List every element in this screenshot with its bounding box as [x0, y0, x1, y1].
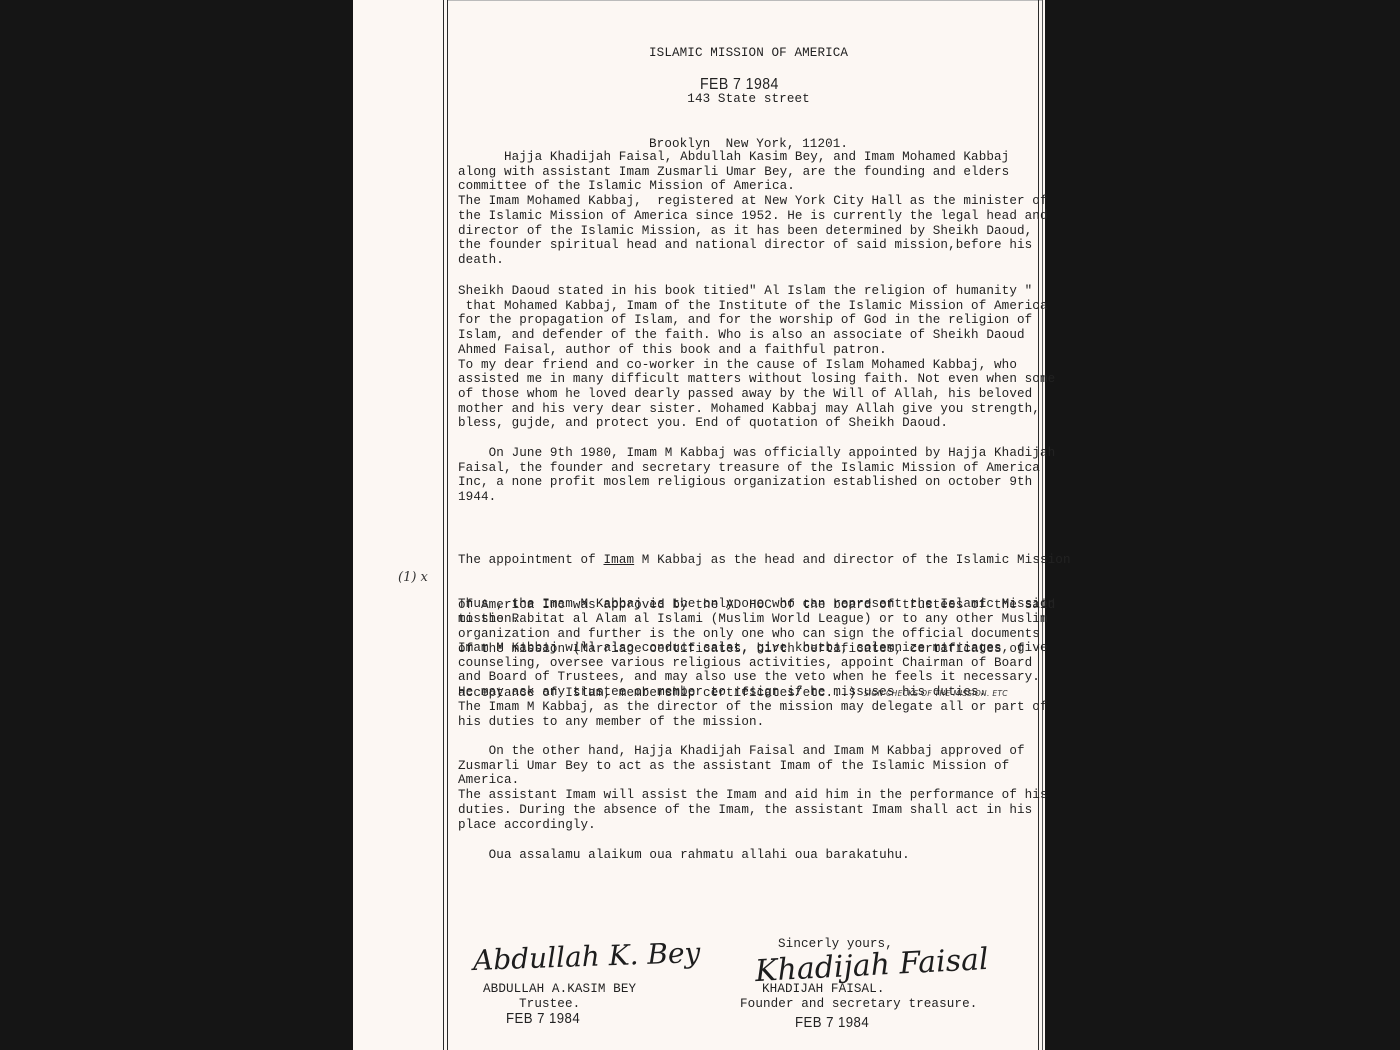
text-line: Inc, a none profit moslem religious orga…: [458, 475, 1055, 490]
text-line: his duties to any member of the mission.: [458, 715, 1048, 730]
text-line: the Islamic Mission of America since 195…: [458, 209, 1048, 224]
text-line: death.: [458, 253, 1048, 268]
document-page: ISLAMIC MISSION OF AMERICA 143 State str…: [353, 0, 1045, 1050]
text-line: Sheikh Daoud stated in his book titied" …: [458, 284, 1055, 299]
left-border-line: [443, 0, 444, 1050]
text-line: organization and further is the only one…: [458, 627, 1055, 642]
date-stamp-top: FEB 7 1984: [700, 76, 779, 94]
text-line: The assistant Imam will assist the Imam …: [458, 788, 1048, 803]
paragraph-duties: Imam M Kabbaj will also conduct salat, g…: [458, 641, 1048, 729]
signer-title-right: Founder and secretary treasure.: [740, 997, 977, 1012]
text-line: director of the Islamic Mission, as it h…: [458, 224, 1048, 239]
underlined-imam: Imam: [604, 553, 635, 567]
text-line: On the other hand, Hajja Khadijah Faisal…: [458, 744, 1048, 759]
paragraph-founding-committee: Hajja Khadijah Faisal, Abdullah Kasim Be…: [458, 150, 1048, 268]
text-line: Faisal, the founder and secretary treasu…: [458, 461, 1055, 476]
text-line: He may ask any trustee or member to resi…: [458, 685, 1048, 700]
top-rule: [447, 0, 1043, 1]
text-line: Hajja Khadijah Faisal, Abdullah Kasim Be…: [458, 150, 1048, 165]
signer-name-right: KHADIJAH FAISAL.: [762, 982, 885, 997]
text-line: Ahmed Faisal, author of this book and a …: [458, 343, 1055, 358]
text-line: bless, gujde, and protect you. End of qu…: [458, 416, 1055, 431]
text-line: Imam M Kabbaj will also conduct salat, g…: [458, 641, 1048, 656]
text-line: Thus , the Imam M Kabbaj is the only one…: [458, 597, 1055, 612]
text-line: of those whom he loved dearly passed awa…: [458, 387, 1055, 402]
text-line: committee of the Islamic Mission of Amer…: [458, 179, 1048, 194]
text-line: The Imam Mohamed Kabbaj, registered at N…: [458, 194, 1048, 209]
text-line: assisted me in many difficult matters wi…: [458, 372, 1055, 387]
text-line: along with assistant Imam Zusmarli Umar …: [458, 165, 1048, 180]
text-line: Islam, and defender of the faith. Who is…: [458, 328, 1055, 343]
paragraph-assistant-imam: On the other hand, Hajja Khadijah Faisal…: [458, 744, 1048, 832]
text-line: duties. During the absence of the Imam, …: [458, 803, 1048, 818]
text-line: To my dear friend and co-worker in the c…: [458, 358, 1055, 373]
left-border-line-inner: [447, 0, 448, 1050]
text-line: for the propagation of Islam, and for th…: [458, 313, 1055, 328]
margin-annotation: (1) x: [398, 570, 428, 585]
text-line: the founder spiritual head and national …: [458, 238, 1048, 253]
signer-name-left: ABDULLAH A.KASIM BEY: [483, 982, 636, 997]
text-line: 1944.: [458, 490, 1055, 505]
text-line: mother and his very dear sister. Mohamed…: [458, 402, 1055, 417]
closing-greeting: Oua assalamu alaikum oua rahmatu allahi …: [458, 848, 910, 863]
paragraph-sheikh-daoud-quote: Sheikh Daoud stated in his book titied" …: [458, 284, 1055, 431]
text-line: On June 9th 1980, Imam M Kabbaj was offi…: [458, 446, 1055, 461]
text-line: The Imam M Kabbaj, as the director of th…: [458, 700, 1048, 715]
text-line: and Board of Trustees, and may also use …: [458, 670, 1048, 685]
signature-abdullah: Abdullah K. Bey: [472, 936, 700, 977]
letterhead-org: ISLAMIC MISSION OF AMERICA: [649, 45, 848, 61]
date-stamp-left: FEB 7 1984: [506, 1010, 580, 1027]
text-line: place accordingly.: [458, 818, 1048, 833]
text-line: counseling, oversee various religious ac…: [458, 656, 1048, 671]
text-line: to the Rabitat al Alam al Islami (Muslim…: [458, 612, 1055, 627]
date-stamp-right: FEB 7 1984: [795, 1014, 869, 1031]
text-line: Zusmarli Umar Bey to act as the assistan…: [458, 759, 1048, 774]
text-line: America.: [458, 773, 1048, 788]
text-line: that Mohamed Kabbaj, Imam of the Institu…: [458, 299, 1055, 314]
paragraph-appointment: On June 9th 1980, Imam M Kabbaj was offi…: [458, 446, 1055, 505]
